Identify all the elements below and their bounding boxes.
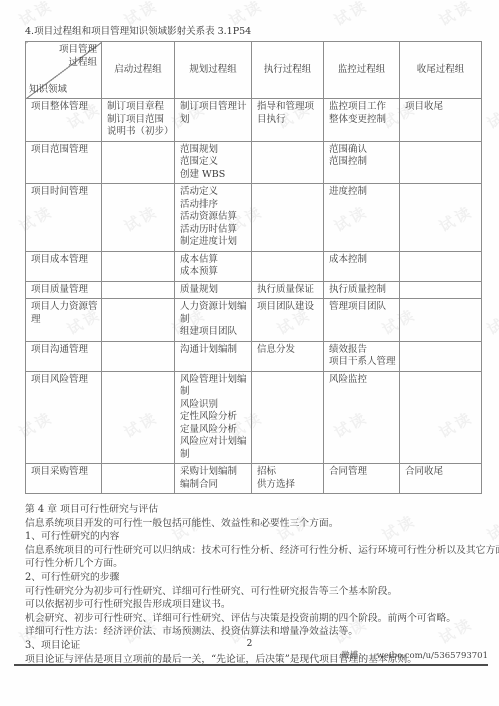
- table-row: 项目人力资源管理 人力资源计划编制 组建项目团队 项目团队建设 管理项目团队: [26, 299, 482, 342]
- body-line: 可以依据初步可行性研究报告形成项目建议书。: [25, 598, 480, 612]
- table-row: 项目整体管理 制订项目章程 制订项目范围说明书（初步） 制订项目管理计划 指导和…: [26, 99, 482, 142]
- process-cell: [102, 371, 175, 464]
- knowledge-area-cell: 项目时间管理: [26, 184, 102, 252]
- process-cell: [252, 251, 324, 281]
- knowledge-area-cell: 项目人力资源管理: [26, 299, 102, 342]
- process-cell: 成本控制: [324, 251, 400, 281]
- process-cell: 执行质量保证: [252, 281, 324, 299]
- process-cell: [400, 141, 482, 184]
- table-row: 项目采购管理 采购计划编制 编制合同 招标 供方选择 合同管理 合同收尾: [26, 464, 482, 494]
- process-cell: 制订项目管理计划: [175, 99, 252, 142]
- body-line: 机会研究、初步可行性研究、详细可行性研究、评估与决策是投资前期的四个阶段。前两个…: [25, 612, 480, 626]
- column-header-monitoring: 监控过程组: [324, 42, 400, 99]
- table-header-row: 项目管理 过程组 知识领域 启动过程组 规划过程组 执行过程组 监控过程组 收尾…: [26, 42, 482, 99]
- knowledge-area-cell: 项目质量管理: [26, 281, 102, 299]
- process-cell: 制订项目章程 制订项目范围说明书（初步）: [102, 99, 175, 142]
- corner-cell: 项目管理 过程组 知识领域: [26, 42, 102, 99]
- body-line: 2、可行性研究的步骤: [25, 571, 480, 585]
- process-cell: [102, 299, 175, 342]
- knowledge-area-cell: 项目风险管理: [26, 371, 102, 464]
- process-cell: [252, 141, 324, 184]
- column-header-initiating: 启动过程组: [102, 42, 175, 99]
- process-cell: [400, 251, 482, 281]
- column-header-planning: 规划过程组: [175, 42, 252, 99]
- process-cell: 质量规划: [175, 281, 252, 299]
- process-cell: 风险监控: [324, 371, 400, 464]
- process-cell: [102, 281, 175, 299]
- process-cell: [252, 184, 324, 252]
- body-line: 详细可行性方法：经济评价法、市场预测法、投资估算法和增量净效益法等。: [25, 625, 480, 639]
- process-cell: 绩效报告 项目干系人管理: [324, 341, 400, 371]
- process-cell: [400, 299, 482, 342]
- body-line: 可行性研究分为初步可行性研究、详细可行性研究、可行性研究报告等三个基本阶段。: [25, 585, 480, 599]
- body-line: 可行性分析几个方面。: [25, 557, 480, 571]
- table-row: 项目范围管理 范围规划 范围定义 创建 WBS 范围确认 范围控制: [26, 141, 482, 184]
- corner-label-process-groups: 项目管理 过程组: [59, 44, 97, 69]
- body-line: 信息系统项目的可行性研究可以归纳成：技术可行性分析、经济可行性分析、运行环境可行…: [25, 544, 480, 558]
- process-cell: 管理项目团队: [324, 299, 400, 342]
- body-line: 1、可行性研究的内容: [25, 530, 480, 544]
- chapter-heading: 第 4 章 项目可行性研究与评估: [25, 503, 480, 517]
- process-cell: [400, 184, 482, 252]
- process-cell: 信息分发: [252, 341, 324, 371]
- table-row: 项目沟通管理 沟通计划编制 信息分发 绩效报告 项目干系人管理: [26, 341, 482, 371]
- knowledge-area-cell: 项目整体管理: [26, 99, 102, 142]
- process-cell: 活动定义 活动排序 活动资源估算 活动历时估算 制定进度计划: [175, 184, 252, 252]
- process-cell: [400, 341, 482, 371]
- page-number: 2: [0, 639, 499, 649]
- process-cell: 范围确认 范围控制: [324, 141, 400, 184]
- process-cell: 沟通计划编制: [175, 341, 252, 371]
- column-header-closing: 收尾过程组: [400, 42, 482, 99]
- process-cell: 范围规划 范围定义 创建 WBS: [175, 141, 252, 184]
- knowledge-area-cell: 项目范围管理: [26, 141, 102, 184]
- process-cell: 合同收尾: [400, 464, 482, 494]
- process-cell: 招标 供方选择: [252, 464, 324, 494]
- page-content: 4.项目过程组和项目管理知识领域影射关系表 3.1P54 项目管理 过程组 知识…: [0, 0, 499, 666]
- process-cell: 进度控制: [324, 184, 400, 252]
- process-cell: 指导和管理项目执行: [252, 99, 324, 142]
- process-cell: 合同管理: [324, 464, 400, 494]
- process-cell: 人力资源计划编制 组建项目团队: [175, 299, 252, 342]
- footer: 微博：weibo.com/u/5365793701: [14, 649, 488, 666]
- corner-label-knowledge-areas: 知识领域: [29, 84, 67, 97]
- knowledge-area-cell: 项目沟通管理: [26, 341, 102, 371]
- table-row: 项目时间管理 活动定义 活动排序 活动资源估算 活动历时估算 制定进度计划 进度…: [26, 184, 482, 252]
- table-row: 项目质量管理 质量规划 执行质量保证 执行质量控制: [26, 281, 482, 299]
- column-header-executing: 执行过程组: [252, 42, 324, 99]
- weibo-label: 微博：: [341, 651, 367, 661]
- process-cell: [102, 141, 175, 184]
- table-row: 项目风险管理 风险管理计划编制 风险识别 定性风险分析 定量风险分析 风险应对计…: [26, 371, 482, 464]
- weibo-url: weibo.com/u/5365793701: [377, 651, 488, 661]
- table-caption: 4.项目过程组和项目管理知识领域影射关系表 3.1P54: [25, 26, 480, 38]
- document-page: 试读试读试读试读试读试读试读试读试读试读试读试读试读试读试读试读试读试读试读试读…: [0, 0, 499, 706]
- process-cell: 项目收尾: [400, 99, 482, 142]
- process-cell: [252, 371, 324, 464]
- process-cell: 采购计划编制 编制合同: [175, 464, 252, 494]
- process-cell: [400, 281, 482, 299]
- knowledge-area-cell: 项目采购管理: [26, 464, 102, 494]
- body-line: 信息系统项目开发的可行性一般包括可能性、效益性和必要性三个方面。: [25, 517, 480, 531]
- table-row: 项目成本管理 成本估算 成本预算 成本控制: [26, 251, 482, 281]
- process-cell: 监控项目工作 整体变更控制: [324, 99, 400, 142]
- process-cell: 风险管理计划编制 风险识别 定性风险分析 定量风险分析 风险应对计划编制: [175, 371, 252, 464]
- process-cell: 成本估算 成本预算: [175, 251, 252, 281]
- knowledge-area-cell: 项目成本管理: [26, 251, 102, 281]
- process-cell: 执行质量控制: [324, 281, 400, 299]
- process-cell: 项目团队建设: [252, 299, 324, 342]
- process-cell: [400, 371, 482, 464]
- process-cell: [102, 341, 175, 371]
- process-cell: [102, 184, 175, 252]
- process-cell: [102, 464, 175, 494]
- process-cell: [102, 251, 175, 281]
- process-knowledge-mapping-table: 项目管理 过程组 知识领域 启动过程组 规划过程组 执行过程组 监控过程组 收尾…: [25, 41, 482, 494]
